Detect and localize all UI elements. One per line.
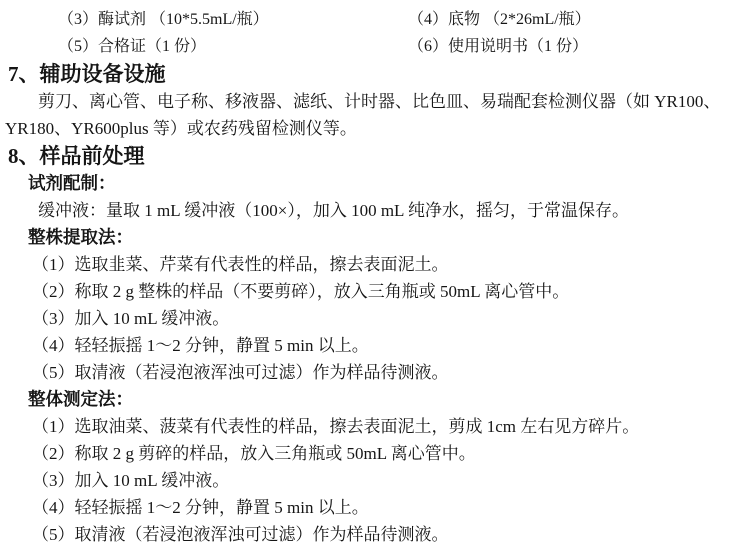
section-7-body: 剪刀、离心管、电子称、移液器、滤纸、计时器、比色皿、易瑞配套检测仪器（如 YR1… xyxy=(0,88,750,142)
whole-sample-method-title: 整体测定法： xyxy=(0,386,750,413)
section-8-heading: 8、样品前处理 xyxy=(0,142,750,170)
whole-plant-step: （1）选取韭菜、芹菜有代表性的样品，擦去表面泥土。 xyxy=(0,251,750,278)
whole-plant-step: （3）加入 10 mL 缓冲液。 xyxy=(0,305,750,332)
whole-plant-method-title: 整株提取法： xyxy=(0,224,750,251)
whole-plant-step: （4）轻轻振摇 1～2 分钟，静置 5 min 以上。 xyxy=(0,332,750,359)
kit-item-6: （6）使用说明书（1 份） xyxy=(408,33,750,60)
kit-items-row: （3）酶试剂 （10*5.5mL/瓶） （4）底物 （2*26mL/瓶） xyxy=(0,6,750,33)
whole-plant-step: （2）称取 2 g 整株的样品（不要剪碎），放入三角瓶或 50mL 离心管中。 xyxy=(0,278,750,305)
section-7-heading: 7、辅助设备设施 xyxy=(0,60,750,88)
whole-sample-step: （2）称取 2 g 剪碎的样品，放入三角瓶或 50mL 离心管中。 xyxy=(0,440,750,467)
kit-item-4: （4）底物 （2*26mL/瓶） xyxy=(408,6,750,33)
whole-sample-step: （1）选取油菜、菠菜有代表性的样品，擦去表面泥土，剪成 1cm 左右见方碎片。 xyxy=(0,413,750,440)
whole-sample-step: （4）轻轻振摇 1～2 分钟，静置 5 min 以上。 xyxy=(0,494,750,521)
whole-plant-step: （5）取清液（若浸泡液浑浊可过滤）作为样品待测液。 xyxy=(0,359,750,386)
kit-items-row: （5）合格证（1 份） （6）使用说明书（1 份） xyxy=(0,33,750,60)
reagent-prep-title: 试剂配制： xyxy=(0,170,750,197)
document-page: （3）酶试剂 （10*5.5mL/瓶） （4）底物 （2*26mL/瓶） （5）… xyxy=(0,0,750,545)
kit-item-5: （5）合格证（1 份） xyxy=(0,33,408,60)
whole-sample-step: （5）取清液（若浸泡液浑浊可过滤）作为样品待测液。 xyxy=(0,521,750,545)
kit-item-3: （3）酶试剂 （10*5.5mL/瓶） xyxy=(0,6,408,33)
reagent-prep-line: 缓冲液：量取 1 mL 缓冲液（100×），加入 100 mL 纯净水，摇匀，于… xyxy=(0,197,750,224)
whole-sample-step: （3）加入 10 mL 缓冲液。 xyxy=(0,467,750,494)
